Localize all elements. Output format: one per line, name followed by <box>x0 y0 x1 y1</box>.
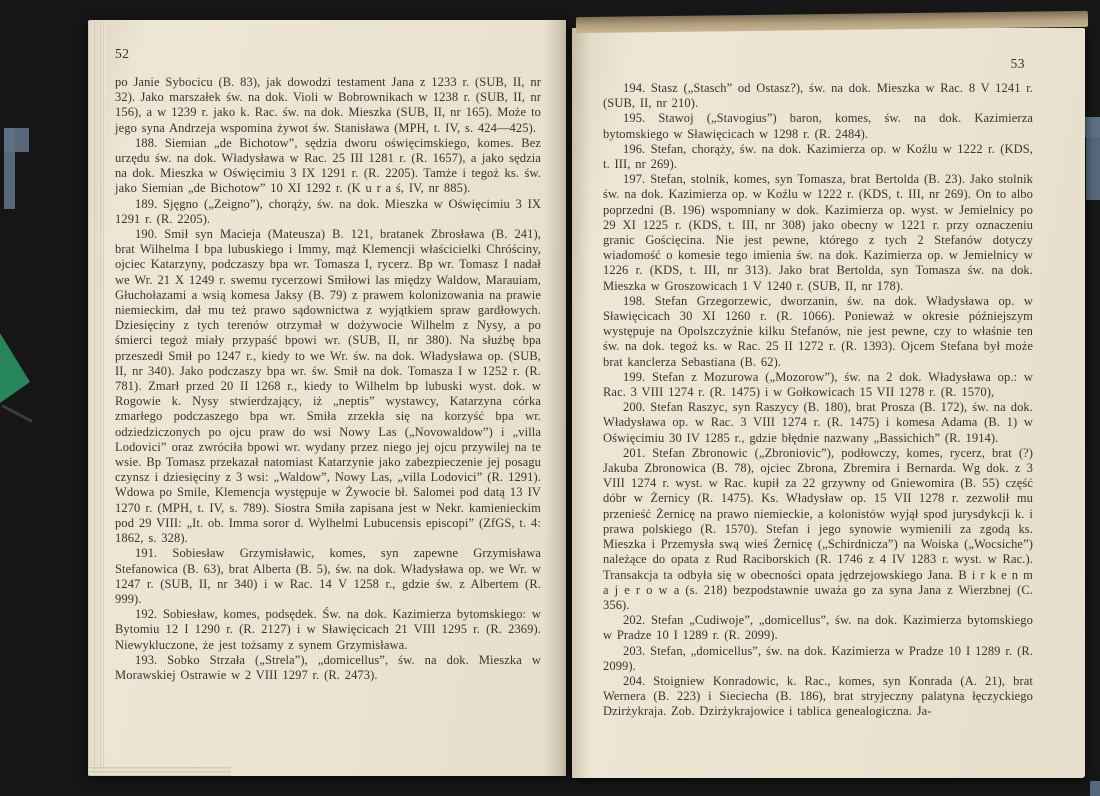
paragraph: 190. Smił syn Macieja (Mateusza) B. 121,… <box>115 227 541 546</box>
paragraph: 192. Sobiesław, komes, podsędek. Św. na … <box>115 607 541 653</box>
page-number-left: 52 <box>115 46 130 62</box>
scan-background: 52 po Janie Sybocicu (B. 83), jak dowodz… <box>0 0 1100 796</box>
paragraph: po Janie Sybocicu (B. 83), jak dowodzi t… <box>115 75 541 136</box>
paragraph: 196. Stefan, chorąży, św. na dok. Kazimi… <box>603 142 1033 172</box>
paragraph: 195. Stawoj („Stavogius”) baron, komes, … <box>603 111 1033 141</box>
green-fabric-corner <box>0 333 30 403</box>
page-top-edge <box>576 11 1088 33</box>
paragraph: 198. Stefan Grzegorzewic, dworzanin, św.… <box>603 294 1033 370</box>
page-text-right: 194. Stasz („Stasch” od Ostasz?), św. na… <box>603 81 1033 720</box>
book-page-left: 52 po Janie Sybocicu (B. 83), jak dowodz… <box>88 20 566 776</box>
watermark-fragment-bottom-icon <box>1090 781 1100 796</box>
paragraph: 197. Stefan, stolnik, komes, syn Tomasza… <box>603 172 1033 294</box>
book-page-right: 53 194. Stasz („Stasch” od Ostasz?), św.… <box>572 28 1085 778</box>
paragraph: 200. Stefan Raszyc, syn Raszycy (B. 180)… <box>603 400 1033 446</box>
page-number-right: 53 <box>1011 56 1026 72</box>
page-text-left: po Janie Sybocicu (B. 83), jak dowodzi t… <box>115 75 541 683</box>
paragraph: 193. Sobko Strzała („Strela”), „domicell… <box>115 653 541 683</box>
paragraph: 201. Stefan Zbronowic („Zbroniovic”), po… <box>603 446 1033 613</box>
paragraph: 204. Stoigniew Konradowic, k. Rac., kome… <box>603 674 1033 720</box>
watermark-fragment-left-icon <box>4 128 15 209</box>
paragraph: 188. Siemian „de Bichotow”, sędzia dworu… <box>115 136 541 197</box>
paragraph: 199. Stefan z Mozurowa („Mozorow”), św. … <box>603 370 1033 400</box>
paragraph: 203. Stefan, „domicellus”, św. na dok. K… <box>603 644 1033 674</box>
watermark-fragment-right-icon <box>1086 117 1100 200</box>
paragraph: 189. Sjęgno („Zeigno”), chorąży, św. na … <box>115 197 541 227</box>
paragraph: 194. Stasz („Stasch” od Ostasz?), św. na… <box>603 81 1033 111</box>
page-stack-fore-edge <box>88 22 106 776</box>
cover-edge-highlight <box>1 404 32 423</box>
paragraph: 202. Stefan „Cudiwoje”, „domicellus”, św… <box>603 613 1033 643</box>
page-stack-bottom-edge <box>88 766 231 776</box>
paragraph: 191. Sobiesław Grzymisławic, komes, syn … <box>115 546 541 607</box>
